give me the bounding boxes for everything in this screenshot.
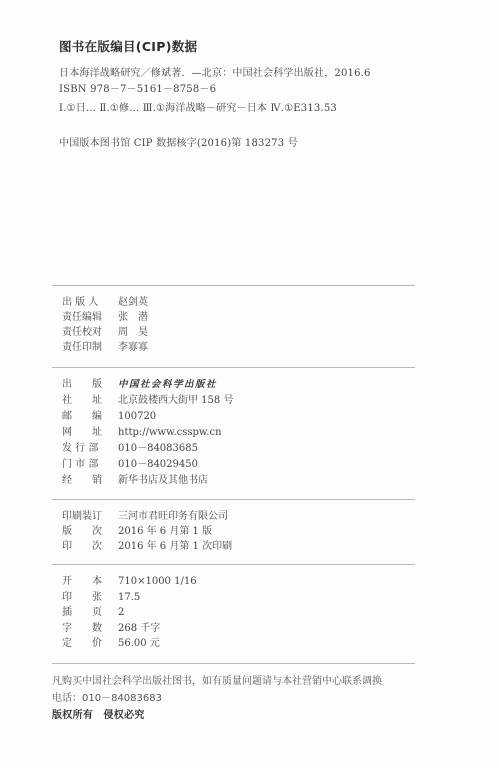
publisher-value: 010－84083685 [118,439,198,454]
contact-phone: 电话：010－84083683 [52,689,162,704]
publisher-row: 出 版中国社会科学出版社 [62,375,217,390]
divider [52,564,415,565]
printing-label: 印刷装订 [62,507,118,522]
quality-notice: 凡购买中国社会科学出版社图书，如有质量问题请与本社营销中心联系调换 [52,672,382,687]
printing-value: 三河市君旺印务有限公司 [118,507,228,522]
printing-row: 版 次2016 年 6 月第 1 版 [62,522,212,537]
credit-row: 责任编辑张 潜 [62,308,148,323]
credit-value: 周 昊 [118,323,148,338]
format-label: 定 价 [62,634,118,649]
format-label: 印 张 [62,588,118,603]
publisher-label: 经 销 [62,471,118,486]
divider [52,285,415,286]
format-value: 17.5 [118,592,140,603]
printing-row: 印刷装订三河市君旺印务有限公司 [62,507,228,522]
format-value: 710×1000 1/16 [118,576,197,587]
format-label: 插 页 [62,603,118,618]
copyright-page: 图书在版编目(CIP)数据 日本海洋战略研究／修斌著．—北京：中国社会科学出版社… [0,0,499,768]
publisher-label: 社 址 [62,391,118,406]
cip-registration: 中国版本图书馆 CIP 数据核字(2016)第 183273 号 [59,134,298,149]
credit-label: 责任编辑 [62,308,118,323]
divider [52,499,415,500]
publisher-row: 发 行 部010－84083685 [62,439,198,454]
website-link: http://www.csspw.cn [118,427,222,438]
cip-heading: 图书在版编目(CIP)数据 [59,37,197,55]
publisher-label: 出 版 [62,375,118,390]
format-row: 字 数268 千字 [62,619,160,634]
publisher-value: 北京鼓楼西大街甲 158 号 [118,391,233,406]
format-row: 定 价56.00 元 [62,634,160,649]
publisher-value: 100720 [118,411,156,422]
credit-value: 张 潜 [118,308,148,323]
publisher-label: 门 市 部 [62,455,118,470]
format-label: 开 本 [62,572,118,587]
publisher-logo: 中国社会科学出版社 [118,376,217,390]
price-value: 56.00 元 [118,634,160,649]
credit-label: 责任校对 [62,323,118,338]
publisher-value: 010－84029450 [118,455,198,470]
publisher-row: 社 址北京鼓楼西大街甲 158 号 [62,391,233,406]
credit-row: 出 版 人赵剑英 [62,293,148,308]
printing-label: 版 次 [62,522,118,537]
format-value: 268 千字 [118,619,160,634]
credit-value: 赵剑英 [118,293,148,308]
publisher-row: 邮 编100720 [62,407,156,422]
format-row: 印 张17.5 [62,588,140,603]
printing-value: 2016 年 6 月第 1 版 [118,522,212,537]
classification-line: Ⅰ.①日… Ⅱ.①修… Ⅲ.①海洋战略－研究－日本 Ⅳ.①E313.53 [59,99,337,114]
publisher-label: 邮 编 [62,407,118,422]
printing-row: 印 次2016 年 6 月第 1 次印刷 [62,537,232,552]
credit-row: 责任印制李寡寡 [62,338,148,353]
copyright-notice: 版权所有 侵权必究 [52,706,145,721]
format-label: 字 数 [62,619,118,634]
publisher-row: 网 址http://www.csspw.cn [62,423,222,438]
format-row: 插 页2 [62,603,124,618]
cip-catalog-line: 日本海洋战略研究／修斌著．—北京：中国社会科学出版社，2016.6 [59,64,371,79]
publisher-row: 经 销新华书店及其他书店 [62,471,208,486]
format-row: 开 本710×1000 1/16 [62,572,197,587]
credit-row: 责任校对周 昊 [62,323,148,338]
credit-label: 责任印制 [62,338,118,353]
printing-value: 2016 年 6 月第 1 次印刷 [118,537,232,552]
publisher-label: 发 行 部 [62,439,118,454]
format-value: 2 [118,607,124,618]
publisher-label: 网 址 [62,423,118,438]
printing-label: 印 次 [62,537,118,552]
credit-label: 出 版 人 [62,293,118,308]
publisher-value: 新华书店及其他书店 [118,471,208,486]
divider [52,663,415,664]
isbn: ISBN 978－7－5161－8758－6 [59,80,216,95]
credit-value: 李寡寡 [118,338,148,353]
divider [52,367,415,368]
publisher-row: 门 市 部010－84029450 [62,455,198,470]
